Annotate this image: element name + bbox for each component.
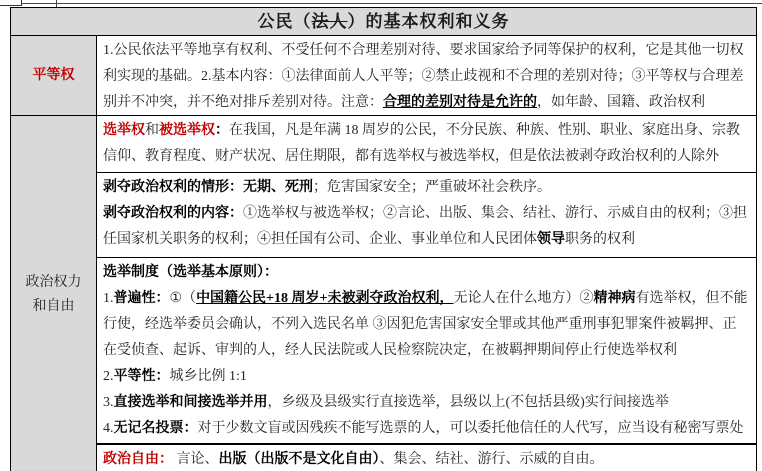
suffrage-term1: 选举权: [103, 123, 145, 138]
political-freedom-head: 政治自由：: [103, 452, 173, 467]
suffrage-paragraph: 选举权和被选举权：在我国，凡是年满 18 周岁的公民，不分民族、种族、性别、职业…: [103, 118, 750, 170]
political-content-column: 选举权和被选举权：在我国，凡是年满 18 周岁的公民，不分民族、种族、性别、职业…: [97, 116, 756, 471]
principle3-text: ，乡级及县级实行直接选举，县级以上(不包括县级)实行间接选举: [268, 395, 669, 410]
principle1-underlined: 中国籍公民+18 周岁+未被剥夺政治权利，: [196, 291, 453, 306]
equality-label: 平等权: [33, 64, 75, 88]
top-crop-line: [0, 3, 762, 4]
election-system-cell: 选举制度（选举基本原则）： 1.普遍性：①（中国籍公民+18 周岁+未被剥夺政治…: [97, 258, 756, 445]
suffrage-conj: 和: [145, 123, 159, 138]
row-political-rights: 政治权力 和自由 选举权和被选举权：在我国，凡是年满 18 周岁的公民，不分民族…: [11, 116, 756, 471]
top-left-cell-fragment: [0, 0, 22, 6]
principle3-term: 直接选举和间接选举并用: [114, 395, 268, 410]
principle1-term: 普遍性：: [114, 291, 170, 306]
row-equality-right: 平等权 1.公民依法平等地享有权利、不受任何不合理差别对待、要求国家给予同等保护…: [11, 36, 756, 116]
political-freedom-paragraph: 政治自由： 言论、出版（出版不是文化自由）、集会、结社、游行、示威的自由。: [103, 447, 750, 471]
political-freedom-text1: 言论、: [173, 452, 219, 467]
principle2-text: 城乡比例 1:1: [170, 369, 247, 384]
suffrage-term2: 被选举权: [159, 123, 215, 138]
political-freedom-cell: 政治自由： 言论、出版（出版不是文化自由）、集会、结社、游行、示威的自由。: [97, 445, 756, 471]
deprivation-contents-head: 剥夺政治权利的内容：: [103, 206, 243, 221]
political-freedom-bold: 出版（出版不是文化自由）: [219, 452, 380, 467]
political-label-line1: 政治权力: [26, 271, 82, 295]
principle4-text: 对于少数文盲或因残疾不能写选票的人，可以委托他信任的人代写，应当设有秘密写票处: [198, 421, 744, 436]
title-text-pre: 公民（: [258, 12, 312, 31]
principle2-number: 2.: [103, 369, 114, 384]
deprivation-contents-bold: 领导: [537, 232, 565, 247]
deprivation-situations: 剥夺政治权利的情形：无期、死刑；危害国家安全；严重破坏社会秩序。: [103, 175, 750, 201]
principle1-bold2: 精神病: [594, 291, 636, 306]
political-label-cell: 政治权力 和自由: [11, 116, 97, 471]
principle-secret-ballot: 4.无记名投票：对于少数文盲或因残疾不能写选票的人，可以委托他信任的人代写，应当…: [103, 416, 750, 442]
rights-table: 公民（法人）的基本权利和义务 平等权 1.公民依法平等地享有权利、不受任何不合理…: [10, 7, 757, 471]
deprivation-contents-body2: 职务的权利: [565, 232, 635, 247]
principle1-text2: 无论人在什么地方）②: [454, 291, 594, 306]
election-system-heading: 选举制度（选举基本原则）：: [103, 260, 750, 286]
deprivation-cell: 剥夺政治权利的情形：无期、死刑；危害国家安全；严重破坏社会秩序。 剥夺政治权利的…: [97, 173, 756, 258]
title-text-struck: 法人: [312, 12, 348, 31]
principle-direct-indirect: 3.直接选举和间接选举并用，乡级及县级实行直接选举，县级以上(不包括县级)实行间…: [103, 390, 750, 416]
deprivation-situations-body: ；危害国家安全；严重破坏社会秩序。: [313, 180, 551, 195]
table-title-row: 公民（法人）的基本权利和义务: [11, 8, 756, 36]
principle1-number: 1.: [103, 291, 114, 306]
suffrage-cell: 选举权和被选举权：在我国，凡是年满 18 周岁的公民，不分民族、种族、性别、职业…: [97, 116, 756, 173]
principle4-number: 4.: [103, 421, 114, 436]
equality-emphasis: 合理的差别对待是允许的: [383, 95, 537, 110]
deprivation-situations-head: 剥夺政治权利的情形：无期、死刑: [103, 180, 313, 195]
political-label-line2: 和自由: [33, 295, 75, 319]
principle1-text1: ①（: [170, 291, 197, 306]
principle3-number: 3.: [103, 395, 114, 410]
equality-paragraph: 1.公民依法平等地享有权利、不受任何不合理差别对待、要求国家给予同等保护的权利，…: [103, 38, 750, 115]
principle4-term: 无记名投票：: [114, 421, 198, 436]
suffrage-colon: ：: [215, 123, 229, 138]
principle-universality: 1.普遍性：①（中国籍公民+18 周岁+未被剥夺政治权利，无论人在什么地方）②精…: [103, 286, 750, 364]
deprivation-contents: 剥夺政治权利的内容：①选举权与被选举权；②言论、出版、集会、结社、游行、示威自由…: [103, 201, 750, 253]
principle2-term: 平等性：: [114, 369, 170, 384]
political-freedom-text2: 、集会、结社、游行、示威的自由。: [380, 452, 604, 467]
election-system-title: 选举制度（选举基本原则）：: [103, 265, 278, 280]
equality-label-cell: 平等权: [11, 36, 97, 115]
top-cell-divider: [56, 0, 57, 7]
equality-content-cell: 1.公民依法平等地享有权利、不受任何不合理差别对待、要求国家给予同等保护的权利，…: [97, 36, 756, 115]
principle-equality: 2.平等性：城乡比例 1:1: [103, 364, 750, 390]
equality-examples: ，如年龄、国籍、政治权利: [537, 95, 705, 110]
title-text-post: ）的基本权利和义务: [348, 12, 510, 31]
